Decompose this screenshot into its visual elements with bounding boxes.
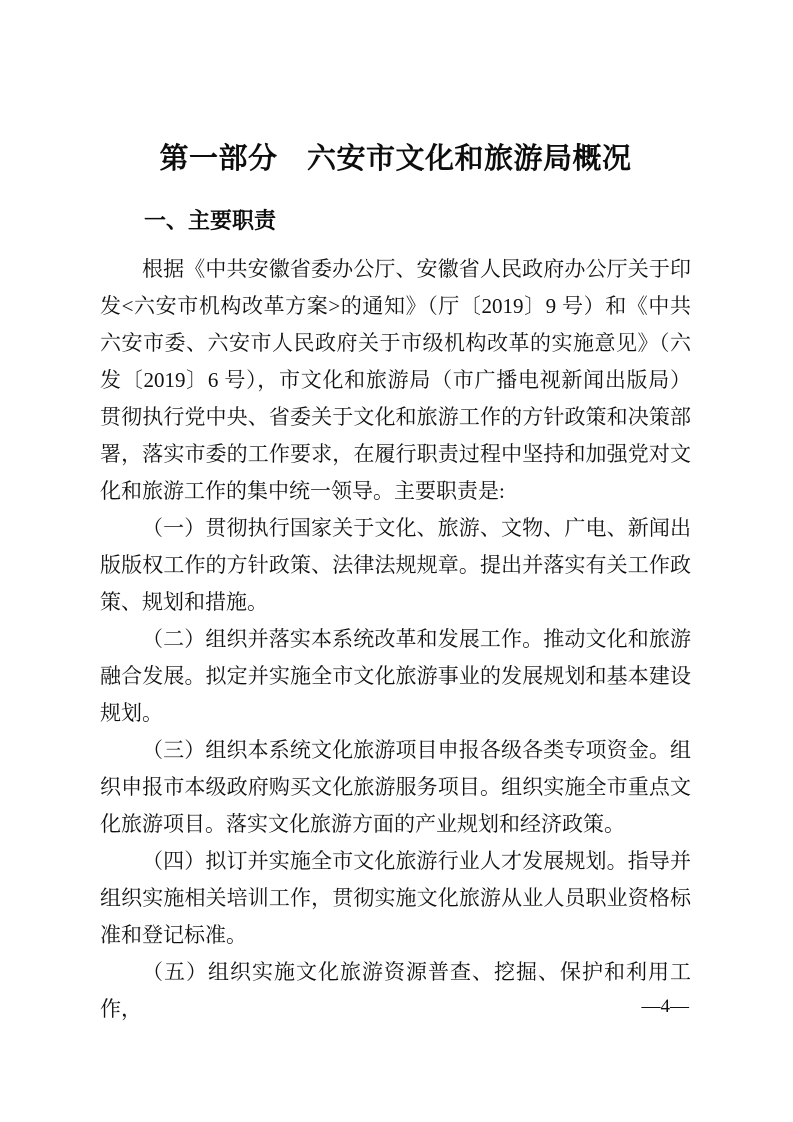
paragraph-duty-2: （二）组织并落实本系统改革和发展工作。推动文化和旅游融合发展。拟定并实施全市文化… bbox=[100, 621, 691, 732]
paragraph-duty-4: （四）拟订并实施全市文化旅游行业人才发展规划。指导并组织实施相关培训工作，贯彻实… bbox=[100, 843, 691, 954]
paragraph-block: 根据《中共安徽省委办公厅、安徽省人民政府办公厅关于印发<六安市机构改革方案>的通… bbox=[100, 251, 691, 1028]
paragraph-duty-5: （五）组织实施文化旅游资源普查、挖掘、保护和利用工作， bbox=[100, 954, 691, 1028]
document-content: 第一部分 六安市文化和旅游局概况 一、主要职责 根据《中共安徽省委办公厅、安徽省… bbox=[100, 0, 691, 1028]
paragraph-duty-1: （一）贯彻执行国家关于文化、旅游、文物、广电、新闻出版版权工作的方针政策、法律法… bbox=[100, 510, 691, 621]
page-number: —4— bbox=[642, 995, 690, 1019]
page-title: 第一部分 六安市文化和旅游局概况 bbox=[100, 141, 691, 178]
paragraph-intro: 根据《中共安徽省委办公厅、安徽省人民政府办公厅关于印发<六安市机构改革方案>的通… bbox=[100, 251, 691, 510]
paragraph-duty-3: （三）组织本系统文化旅游项目申报各级各类专项资金。组织申报市本级政府购买文化旅游… bbox=[100, 732, 691, 843]
section-heading: 一、主要职责 bbox=[100, 206, 691, 235]
document-page: 第一部分 六安市文化和旅游局概况 一、主要职责 根据《中共安徽省委办公厅、安徽省… bbox=[0, 0, 793, 1122]
